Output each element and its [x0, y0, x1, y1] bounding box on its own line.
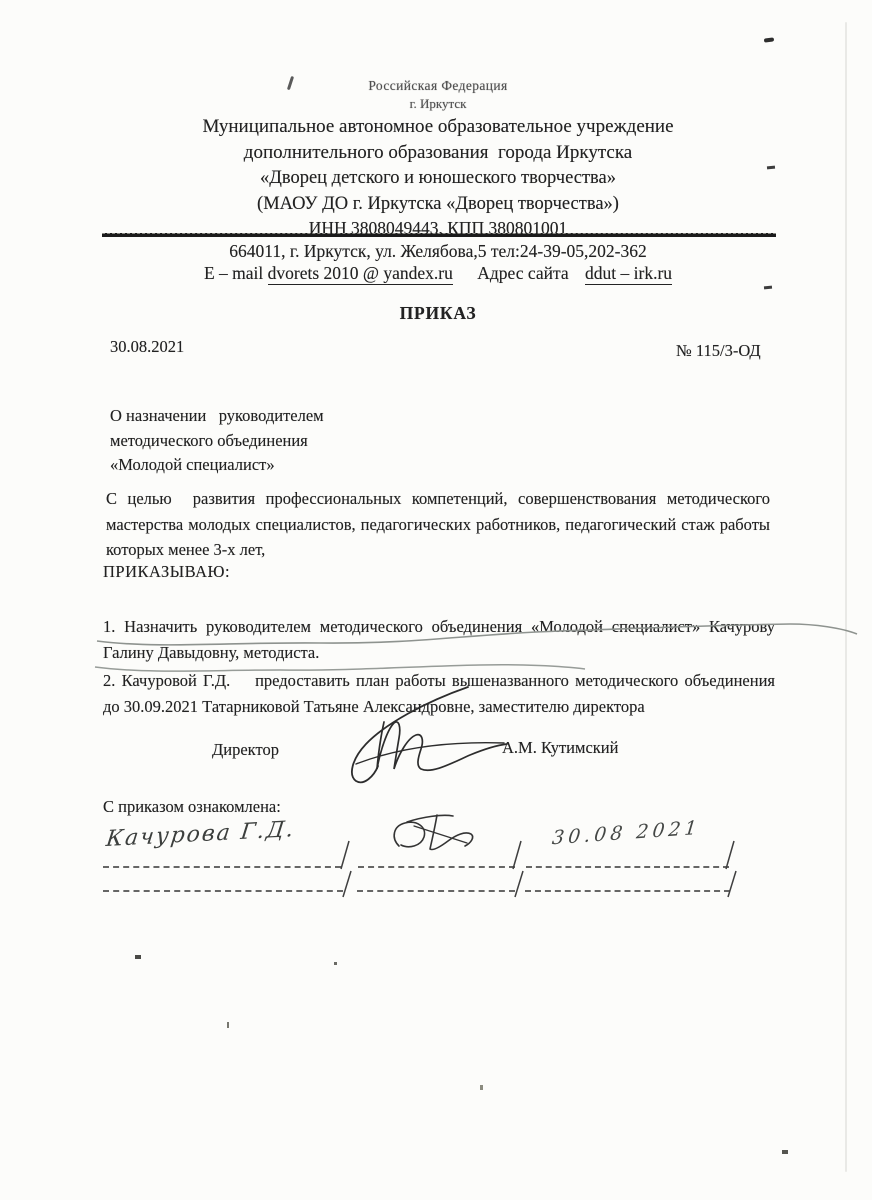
contacts-line: E – mail dvorets 2010 @ yandex.ru Адрес …	[100, 263, 776, 284]
header-country: Российская Федерация	[100, 78, 776, 94]
subject-line: О назначении руководителем	[110, 404, 530, 429]
scan-speck	[135, 955, 141, 959]
ack-signature-stroke	[430, 815, 473, 850]
org-name-line-2: дополнительного образования города Иркут…	[100, 142, 776, 164]
signature-line	[103, 890, 343, 892]
order-item-1: 1. Назначить руководителем методического…	[103, 614, 775, 665]
scan-speck	[764, 37, 774, 42]
slash-mark	[343, 871, 351, 897]
signature-line	[357, 890, 515, 892]
preamble-paragraph: С целью развития профессиональных компет…	[106, 486, 770, 563]
site-label: Адрес сайта	[477, 263, 568, 283]
email-label: E – mail	[204, 263, 263, 283]
subject-line: методического объединения	[110, 429, 530, 454]
document-title: ПРИКАЗ	[100, 303, 776, 324]
slash-mark	[513, 841, 521, 869]
scan-edge-line	[845, 22, 847, 1172]
scanned-order-document: Российская Федерация г. Иркутск Муниципа…	[0, 0, 872, 1200]
scan-speck	[782, 1150, 788, 1154]
handwritten-date: 30.08 2021	[551, 817, 702, 850]
slash-mark	[515, 871, 523, 897]
ack-signature-stroke	[414, 826, 467, 843]
order-word: ПРИКАЗЫВАЮ:	[103, 562, 230, 582]
subject-line: «Молодой специалист»	[110, 453, 530, 478]
slash-mark	[728, 871, 736, 897]
scan-speck	[480, 1085, 483, 1090]
scan-speck	[334, 962, 337, 965]
header-city: г. Иркутск	[100, 96, 776, 112]
org-name-line-3: «Дворец детского и юношеского творчества…	[100, 168, 776, 189]
ack-signature-stroke	[394, 822, 424, 846]
scan-speck	[227, 1022, 229, 1028]
slash-mark	[341, 841, 349, 869]
address-line: 664011, г. Иркутск, ул. Желябова,5 тел:2…	[100, 241, 776, 262]
signer-name: А.М. Кутимский	[502, 738, 618, 758]
signature-line	[525, 890, 730, 892]
signature-line	[526, 866, 729, 868]
acknowledgement-label: С приказом ознакомлена:	[103, 797, 281, 817]
header-divider-rule	[102, 233, 776, 237]
email-address: dvorets 2010 @ yandex.ru	[268, 263, 453, 285]
scan-speck	[764, 286, 772, 290]
director-signature-stroke	[356, 743, 504, 764]
subject-block: О назначении руководителем методического…	[110, 404, 530, 478]
site-address: ddut – irk.ru	[585, 263, 672, 285]
document-number: № 115/3-ОД	[676, 341, 761, 361]
signature-line	[103, 866, 341, 868]
document-date: 30.08.2021	[110, 337, 184, 357]
order-item-2: 2. Качуровой Г.Д. предоставить план рабо…	[103, 668, 775, 719]
handwritten-name: Качурова Г.Д.	[105, 817, 297, 852]
signature-line	[358, 866, 515, 868]
org-short-name: (МАОУ ДО г. Иркутска «Дворец творчества»…	[100, 194, 776, 215]
ack-signature-stroke	[407, 815, 453, 822]
signer-role: Директор	[212, 740, 279, 760]
slash-mark	[726, 841, 734, 869]
org-name-line-1: Муниципальное автономное образовательное…	[100, 116, 776, 138]
director-signature-stroke	[377, 722, 507, 770]
